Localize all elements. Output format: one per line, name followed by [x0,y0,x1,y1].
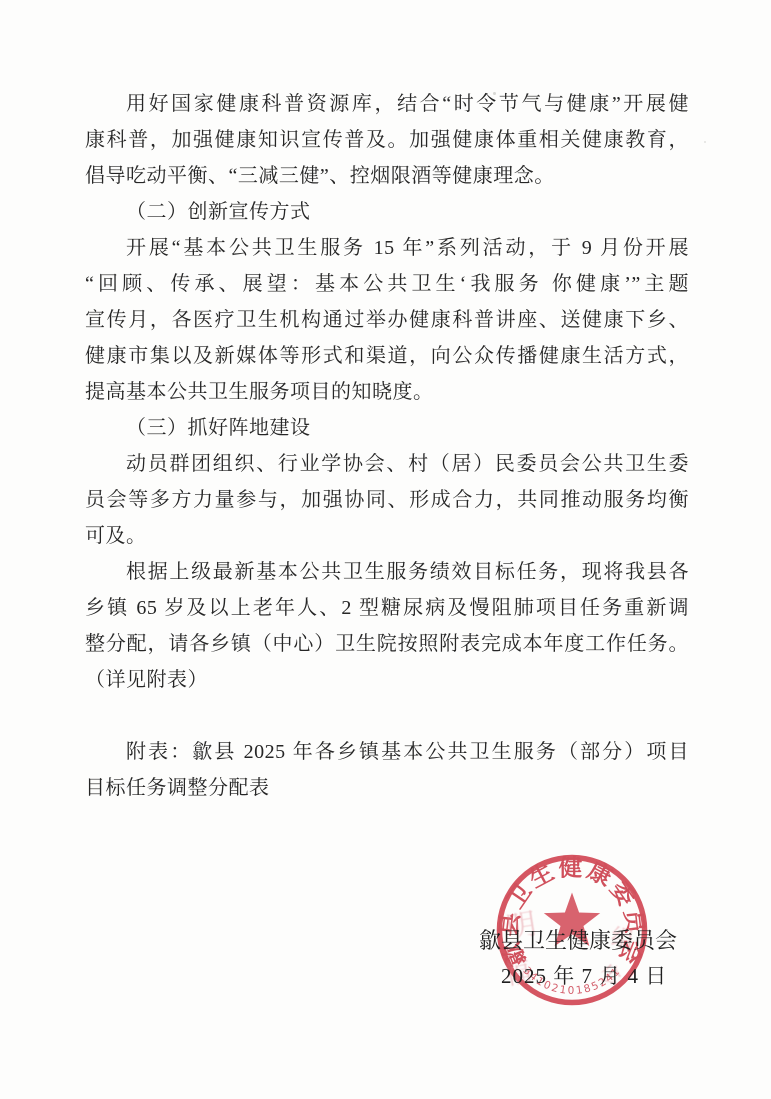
document-line: 用好国家健康科普资源库，结合“时令节气与健康”开展健 [85,86,689,122]
document-line: （详见附表） [85,662,689,698]
document-line: 提高基本公共卫生服务项目的知晓度。 [85,374,689,410]
scan-speck [368,348,370,350]
document-line: 整分配，请各乡镇（中心）卫生院按照附表完成本年度工作任务。 [85,626,689,662]
document-section-heading: （三）抓好阵地建设 [85,410,689,446]
document-line: 员会等多方力量参与，加强协同、形成合力，共同推动服务均衡 [85,482,689,518]
attachment-title-line: 附表：歙县 2025 年各乡镇基本公共卫生服务（部分）项目 [85,734,689,770]
document-line: 根据上级最新基本公共卫生服务绩效目标任务，现将我县各 [85,554,689,590]
document-line: 动员群团组织、行业学协会、村（居）民委员会公共卫生委 [85,446,689,482]
scan-speck [704,141,706,143]
issue-date: 2025 年 7 月 4 日 [501,960,667,990]
document-line: 可及。 [85,518,689,554]
document-line: 宣传月，各医疗卫生机构通过举办健康科普讲座、送健康下乡、 [85,302,689,338]
document-line: 开展“基本公共卫生服务 15 年”系列活动，于 9 月份开展 [85,230,689,266]
scanned-document-page: 用好国家健康科普资源库，结合“时令节气与健康”开展健 康科普，加强健康知识宣传普… [0,0,771,1099]
document-line: “回顾、传承、展望：基本公共卫生‘我服务 你健康’”主题 [85,266,689,302]
document-blank-line [85,698,689,734]
document-line: 康科普，加强健康知识宣传普及。加强健康体重相关健康教育， [85,122,689,158]
scan-speck [493,92,496,95]
attachment-title-line: 目标任务调整分配表 [85,770,689,806]
document-body: 用好国家健康科普资源库，结合“时令节气与健康”开展健 康科普，加强健康知识宣传普… [85,86,689,806]
document-section-heading: （二）创新宣传方式 [85,194,689,230]
document-line: 健康市集以及新媒体等形式和渠道，向公众传播健康生活方式， [85,338,689,374]
document-line: 倡导吃动平衡、“三减三健”、控烟限酒等健康理念。 [85,158,689,194]
document-line: 乡镇 65 岁及以上老年人、2 型糖尿病及慢阻肺项目任务重新调 [85,590,689,626]
issuer-signature: 歙县卫生健康委员会 [479,924,677,955]
